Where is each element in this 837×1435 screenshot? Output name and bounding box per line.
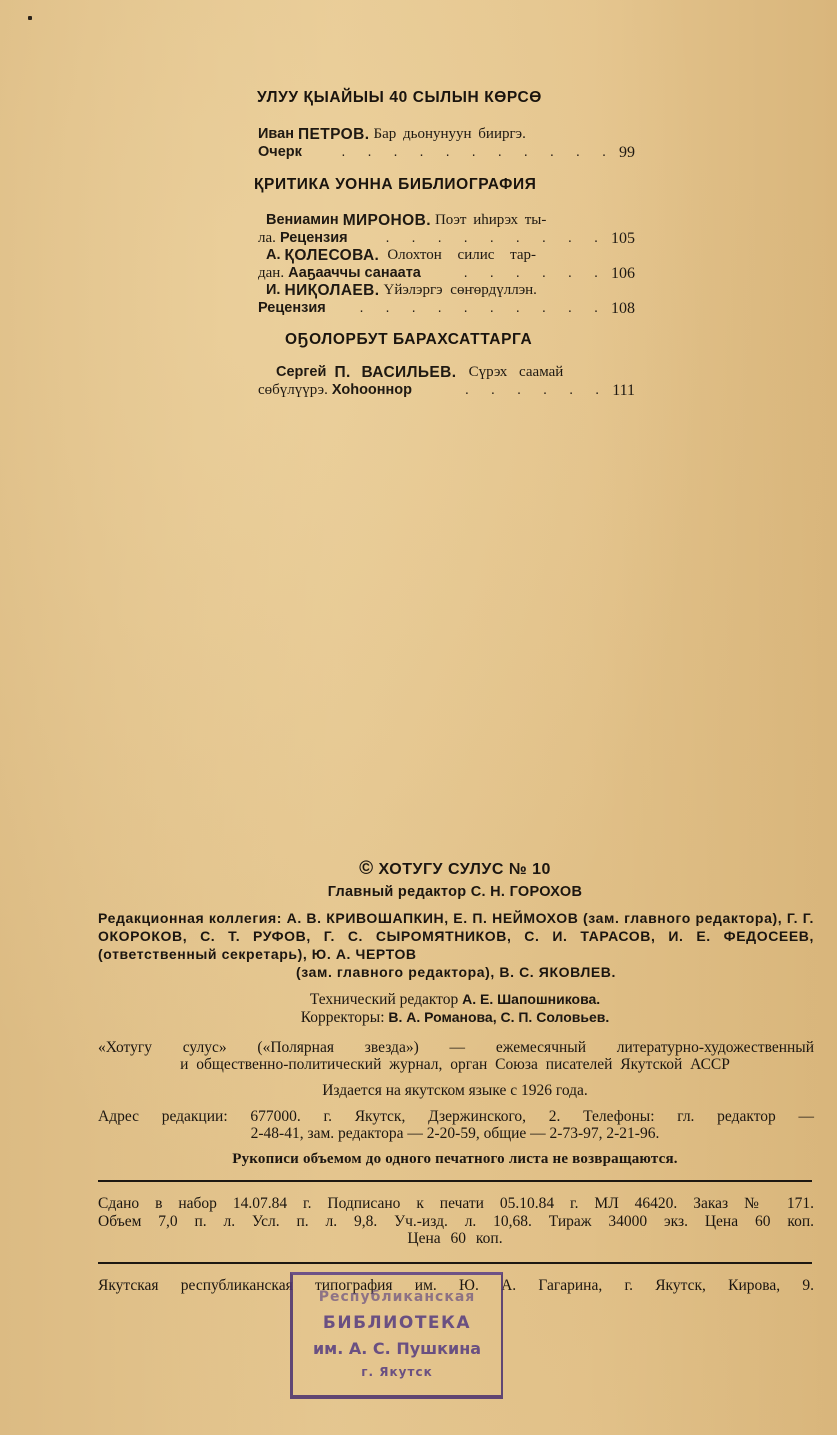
toc-section-title: ҚРИТИКА УОННА БИБЛИОГРАФИЯ [254, 176, 537, 194]
copyright-icon: © [359, 858, 374, 879]
toc-entry: И. НИҚОЛАЕВ. Үйэлэргэ сөҥөрдүллэн. Рецен… [258, 282, 635, 317]
magazine-description-line1: «Хотугу сулус» («Полярная звезда») — еже… [98, 1039, 814, 1057]
stamp-line-3: им. А. С. Пушкина [293, 1339, 501, 1358]
paper-speck [28, 16, 32, 20]
published-since: Издается на якутском языке с 1926 года. [90, 1082, 820, 1100]
editorial-board-label: Редакционная коллегия: [98, 910, 282, 926]
toc-section-title: УЛУУ ҚЫАЙЫЫ 40 СЫЛЫН КӨРСӨ [257, 89, 542, 107]
entry-title: Үйэлэргэ сөҥөрдүллэн. [384, 282, 537, 300]
author-last-name: П. ВАСИЛЬЕВ. [334, 364, 456, 382]
editorial-address-line1: Адрес редакции: 677000. г. Якутск, Дзерж… [98, 1108, 814, 1126]
magazine-title: ХОТУГУ СУЛУС № 10 [379, 861, 551, 878]
entry-title-continued: ла. [258, 230, 276, 246]
print-details-line1: Сдано в набор 14.07.84 г. Подписано к пе… [98, 1195, 814, 1213]
library-stamp: Республиканская БИБЛИОТЕКА им. А. С. Пуш… [290, 1272, 503, 1399]
entry-title: Бар дьонунуун бииргэ. [373, 126, 525, 144]
author-first-name: Сергей [276, 364, 326, 382]
page-number[interactable]: 105 [611, 230, 635, 248]
chief-editor: Главный редактор С. Н. ГОРОХОВ [90, 884, 820, 900]
entry-title-continued: сөбүлүүрэ. [258, 382, 328, 398]
author-first-name: Иван [258, 126, 294, 144]
dot-leader: . . . . . . . . . [348, 230, 611, 248]
technical-editor-name: А. Е. Шапошникова. [462, 991, 600, 1007]
divider [98, 1180, 812, 1182]
author-last-name: МИРОНОВ. [343, 212, 431, 230]
author-first-name: А. [266, 247, 281, 265]
dot-leader: . . . . . . . . . . . [302, 144, 619, 162]
entry-title-continued: дан. [258, 265, 284, 281]
page-number[interactable]: 106 [611, 265, 635, 283]
editorial-board: Редакционная коллегия: А. В. КРИВОШАПКИН… [98, 909, 814, 981]
toc-entry: Иван ПЕТРОВ. Бар дьонунуун бииргэ. Очерк… [258, 126, 635, 161]
entry-genre: Рецензия [280, 230, 348, 246]
author-first-name: Вениамин [266, 212, 339, 230]
entry-title: Сүрэх саамай [469, 364, 564, 382]
magazine-description-line2: и общественно-политический журнал, орган… [90, 1056, 820, 1074]
manuscripts-note: Рукописи объемом до одного печатного лис… [90, 1151, 820, 1168]
page-number[interactable]: 111 [612, 382, 635, 400]
price: Цена 60 коп. [90, 1230, 820, 1248]
page-number[interactable]: 99 [619, 144, 635, 162]
technical-editor: Технический редактор А. Е. Шапошникова. [90, 991, 820, 1009]
entry-title-bold: Ааҕааччы санаата [288, 265, 421, 281]
proofreaders: Корректоры: В. А. Романова, С. П. Соловь… [90, 1009, 820, 1027]
proofreaders-names: В. А. Романова, С. П. Соловьев. [388, 1009, 609, 1025]
dot-leader: . . . . . . [421, 265, 611, 283]
author-last-name: ПЕТРОВ. [298, 126, 369, 144]
divider [98, 1262, 812, 1264]
print-details-line2: Объем 7,0 п. л. Усл. п. л. 9,8. Уч.-изд.… [98, 1213, 814, 1231]
proofreaders-label: Корректоры: [301, 1009, 385, 1026]
author-last-name: НИҚОЛАЕВ. [284, 282, 379, 300]
toc-entry: Сергей П. ВАСИЛЬЕВ. Сүрэх саамай сөбүлүү… [258, 364, 635, 399]
author-first-name: И. [266, 282, 280, 300]
entry-title: Поэт иһирэх ты- [435, 212, 546, 230]
dot-leader: . . . . . . . . . . [326, 300, 611, 318]
stamp-line-2: БИБЛИОТЕКА [293, 1313, 501, 1333]
dot-leader: . . . . . . [412, 382, 612, 400]
editorial-board-last-line: (зам. главного редактора), В. С. ЯКОВЛЕВ… [98, 963, 814, 981]
magazine-title-line: © ХОТУГУ СУЛУС № 10 [90, 858, 820, 880]
editorial-address-line2: 2-48-41, зам. редактора — 2-20-59, общие… [90, 1125, 820, 1143]
toc-entry: А. ҚОЛЕСОВА. Олохтон силис тар- дан. Ааҕ… [258, 247, 635, 282]
stamp-line-4: г. Якутск [293, 1365, 501, 1379]
page-number[interactable]: 108 [611, 300, 635, 318]
technical-editor-label: Технический редактор [310, 991, 458, 1008]
entry-genre: Очерк [258, 144, 302, 162]
entry-genre: Хоһооннор [332, 382, 412, 398]
toc-entry: Вениамин МИРОНОВ. Поэт иһирэх ты- ла. Ре… [258, 212, 635, 247]
entry-genre: Рецензия [258, 300, 326, 318]
entry-title: Олохтон силис тар- [387, 247, 536, 265]
stamp-line-1: Республиканская [293, 1289, 501, 1305]
toc-section-title: ОҔОЛОРБУТ БАРАХСАТТАРГА [285, 331, 532, 349]
author-last-name: ҚОЛЕСОВА. [285, 247, 380, 265]
